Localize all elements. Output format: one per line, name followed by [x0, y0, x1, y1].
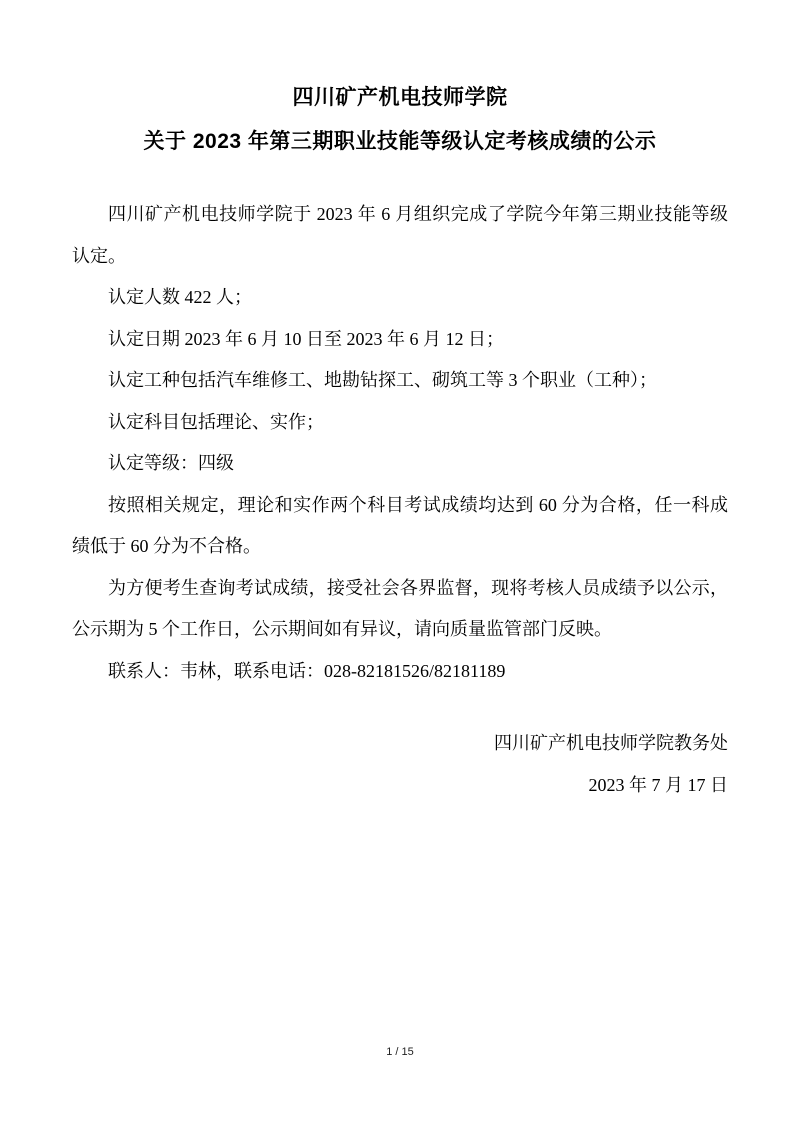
page-number: 1 / 15: [0, 1042, 800, 1062]
subjects-line: 认定科目包括理论、实作；: [72, 402, 728, 444]
signature-date: 2023 年 7 月 17 日: [72, 765, 728, 807]
notice-title: 关于 2023 年第三期职业技能等级认定考核成绩的公示: [72, 120, 728, 164]
occupations-line: 认定工种包括汽车维修工、地勘钻探工、砌筑工等 3 个职业（工种）；: [72, 360, 728, 402]
certified-count-line: 认定人数 422 人；: [72, 277, 728, 319]
document-body: 四川矿产机电技师学院于 2023 年 6 月组织完成了学院今年第三期业技能等级认…: [72, 194, 728, 692]
level-line: 认定等级：四级: [72, 443, 728, 485]
document-page: 四川矿产机电技师学院 关于 2023 年第三期职业技能等级认定考核成绩的公示 四…: [0, 0, 800, 1131]
signature-org: 四川矿产机电技师学院教务处: [72, 723, 728, 765]
signature-block: 四川矿产机电技师学院教务处 2023 年 7 月 17 日: [72, 723, 728, 806]
page-title: 四川矿产机电技师学院: [72, 76, 728, 120]
publicity-paragraph: 为方便考生查询考试成绩，接受社会各界监督，现将考核人员成绩予以公示，公示期为 5…: [72, 568, 728, 651]
title-body-spacer: [72, 164, 728, 194]
passing-rule-paragraph: 按照相关规定，理论和实作两个科目考试成绩均达到 60 分为合格，任一科成绩低于 …: [72, 485, 728, 568]
certified-date-line: 认定日期 2023 年 6 月 10 日至 2023 年 6 月 12 日；: [72, 319, 728, 361]
contact-line: 联系人：韦林，联系电话：028-82181526/82181189: [72, 651, 728, 693]
intro-paragraph: 四川矿产机电技师学院于 2023 年 6 月组织完成了学院今年第三期业技能等级认…: [72, 194, 728, 277]
